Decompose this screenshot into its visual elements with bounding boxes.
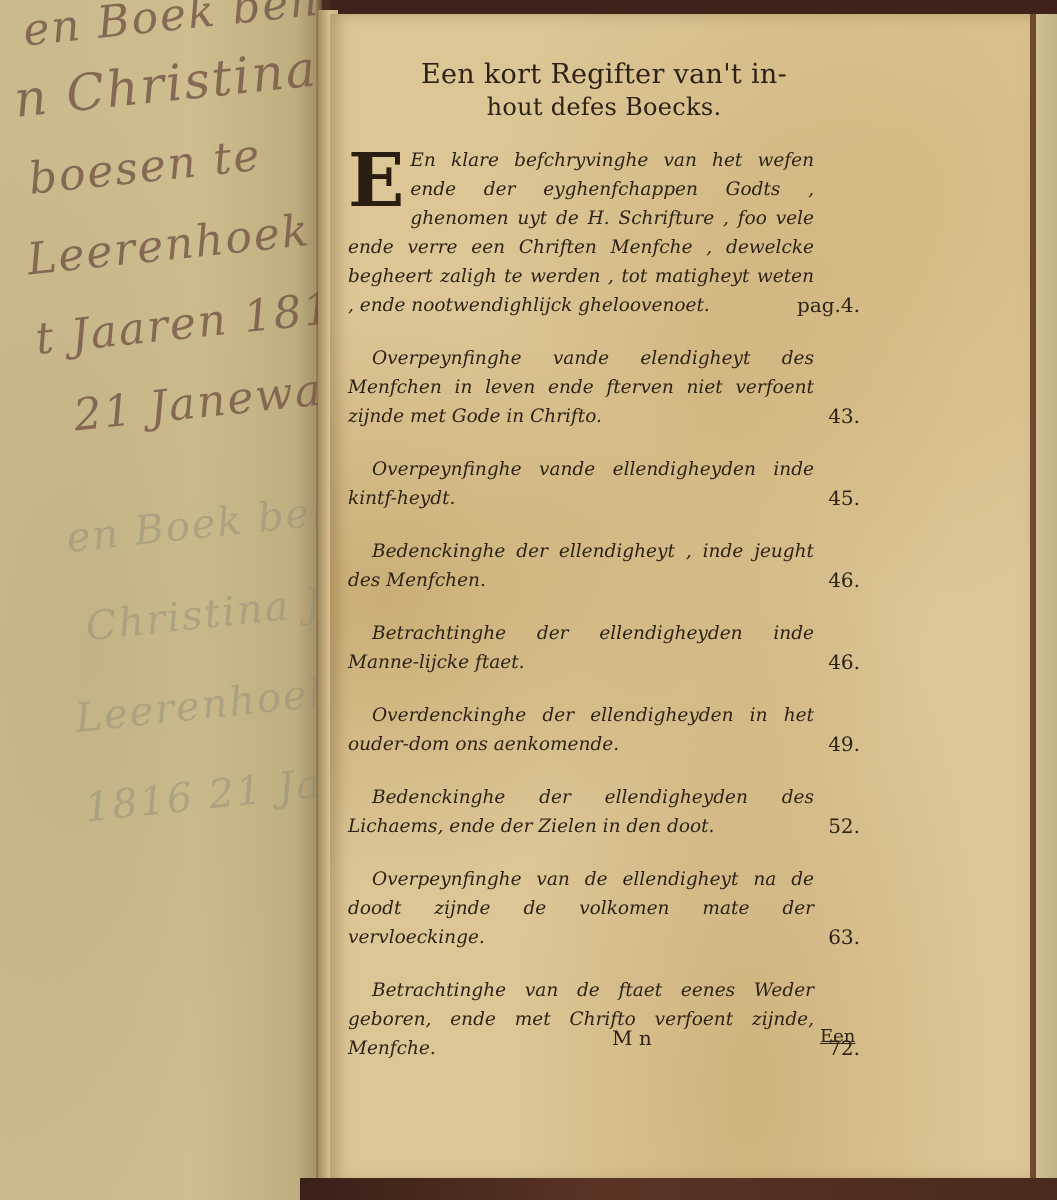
register-entry: Bedenckinghe der ellendigheyt , inde jeu…: [348, 537, 860, 595]
drop-cap: E: [348, 150, 404, 212]
left-page: en Boek behoort n Christina Jans boesen …: [0, 0, 322, 1200]
show-through-line: Leerenhoek: [73, 669, 322, 742]
entry-text: En klare befchryvinghe van het wefen end…: [348, 146, 860, 320]
register-entry: Bedenckinghe der ellendigheyden des Lich…: [348, 783, 860, 841]
entry-text: Overpeynfinghe vande elendigheyt des Men…: [348, 344, 860, 431]
book-cover-bottom: [300, 1178, 1057, 1200]
entry-page-number: 46.: [828, 648, 860, 677]
show-through-line: Christina Jans: [84, 572, 322, 651]
catchword: Een: [820, 1026, 855, 1047]
entry-text: Overdenckinghe der ellendigheyden in het…: [348, 701, 860, 759]
title-line-2: hout defes Boecks.: [348, 91, 860, 124]
right-page: Een kort Regifter van't in- hout defes B…: [330, 14, 1036, 1182]
register-entry: Betrachtinghe der ellendigheyden inde Ma…: [348, 619, 860, 677]
register-entry: Overdenckinghe der ellendigheyden in het…: [348, 701, 860, 759]
entry-page-number: pag.4.: [797, 291, 860, 320]
entry-text: Betrachtinghe der ellendigheyden inde Ma…: [348, 619, 860, 677]
next-page-edge: [1036, 14, 1057, 1182]
register-entry: Overpeynfinghe vande elendigheyt des Men…: [348, 344, 860, 431]
signature-mark: M n: [612, 1026, 652, 1050]
register-entry: Overpeynfinghe vande ellendigheyden inde…: [348, 455, 860, 513]
entry-text: Overpeynfinghe van de ellendigheyt na de…: [348, 865, 860, 952]
entry-text: Overpeynfinghe vande ellendigheyden inde…: [348, 455, 860, 513]
entry-text: Bedenckinghe der ellendigheyt , inde jeu…: [348, 537, 860, 595]
entry-page-number: 45.: [828, 484, 860, 513]
handwriting-line: 21 Janewari: [71, 360, 322, 441]
handwriting-line: t Jaaren 1816: [33, 280, 322, 365]
entry-page-number: 43.: [828, 402, 860, 431]
page-footer: M n Een: [330, 1026, 1030, 1056]
show-through-line: en Boek beh: [64, 488, 322, 562]
book-cover-top: [330, 0, 1057, 14]
register-entries: E En klare befchryvinghe van het wefen e…: [348, 146, 860, 1063]
handwriting-line: boesen te: [26, 130, 263, 205]
entry-page-number: 63.: [828, 923, 860, 952]
entry-page-number: 52.: [828, 812, 860, 841]
register-entry: Overpeynfinghe van de ellendigheyt na de…: [348, 865, 860, 952]
entry-page-number: 49.: [828, 730, 860, 759]
book-photo: en Boek behoort n Christina Jans boesen …: [0, 0, 1057, 1200]
entry-page-number: 46.: [828, 566, 860, 595]
show-through-line: 1816 21 Janewari: [83, 745, 322, 831]
page-title: Een kort Regifter van't in- hout defes B…: [348, 58, 860, 124]
register-text-block: Een kort Regifter van't in- hout defes B…: [348, 58, 860, 1087]
title-line-1: Een kort Regifter van't in-: [421, 59, 787, 90]
handwriting-line: Leerenhoek in: [25, 198, 322, 285]
entry-text: Bedenckinghe der ellendigheyden des Lich…: [348, 783, 860, 841]
register-entry: E En klare befchryvinghe van het wefen e…: [348, 146, 860, 320]
